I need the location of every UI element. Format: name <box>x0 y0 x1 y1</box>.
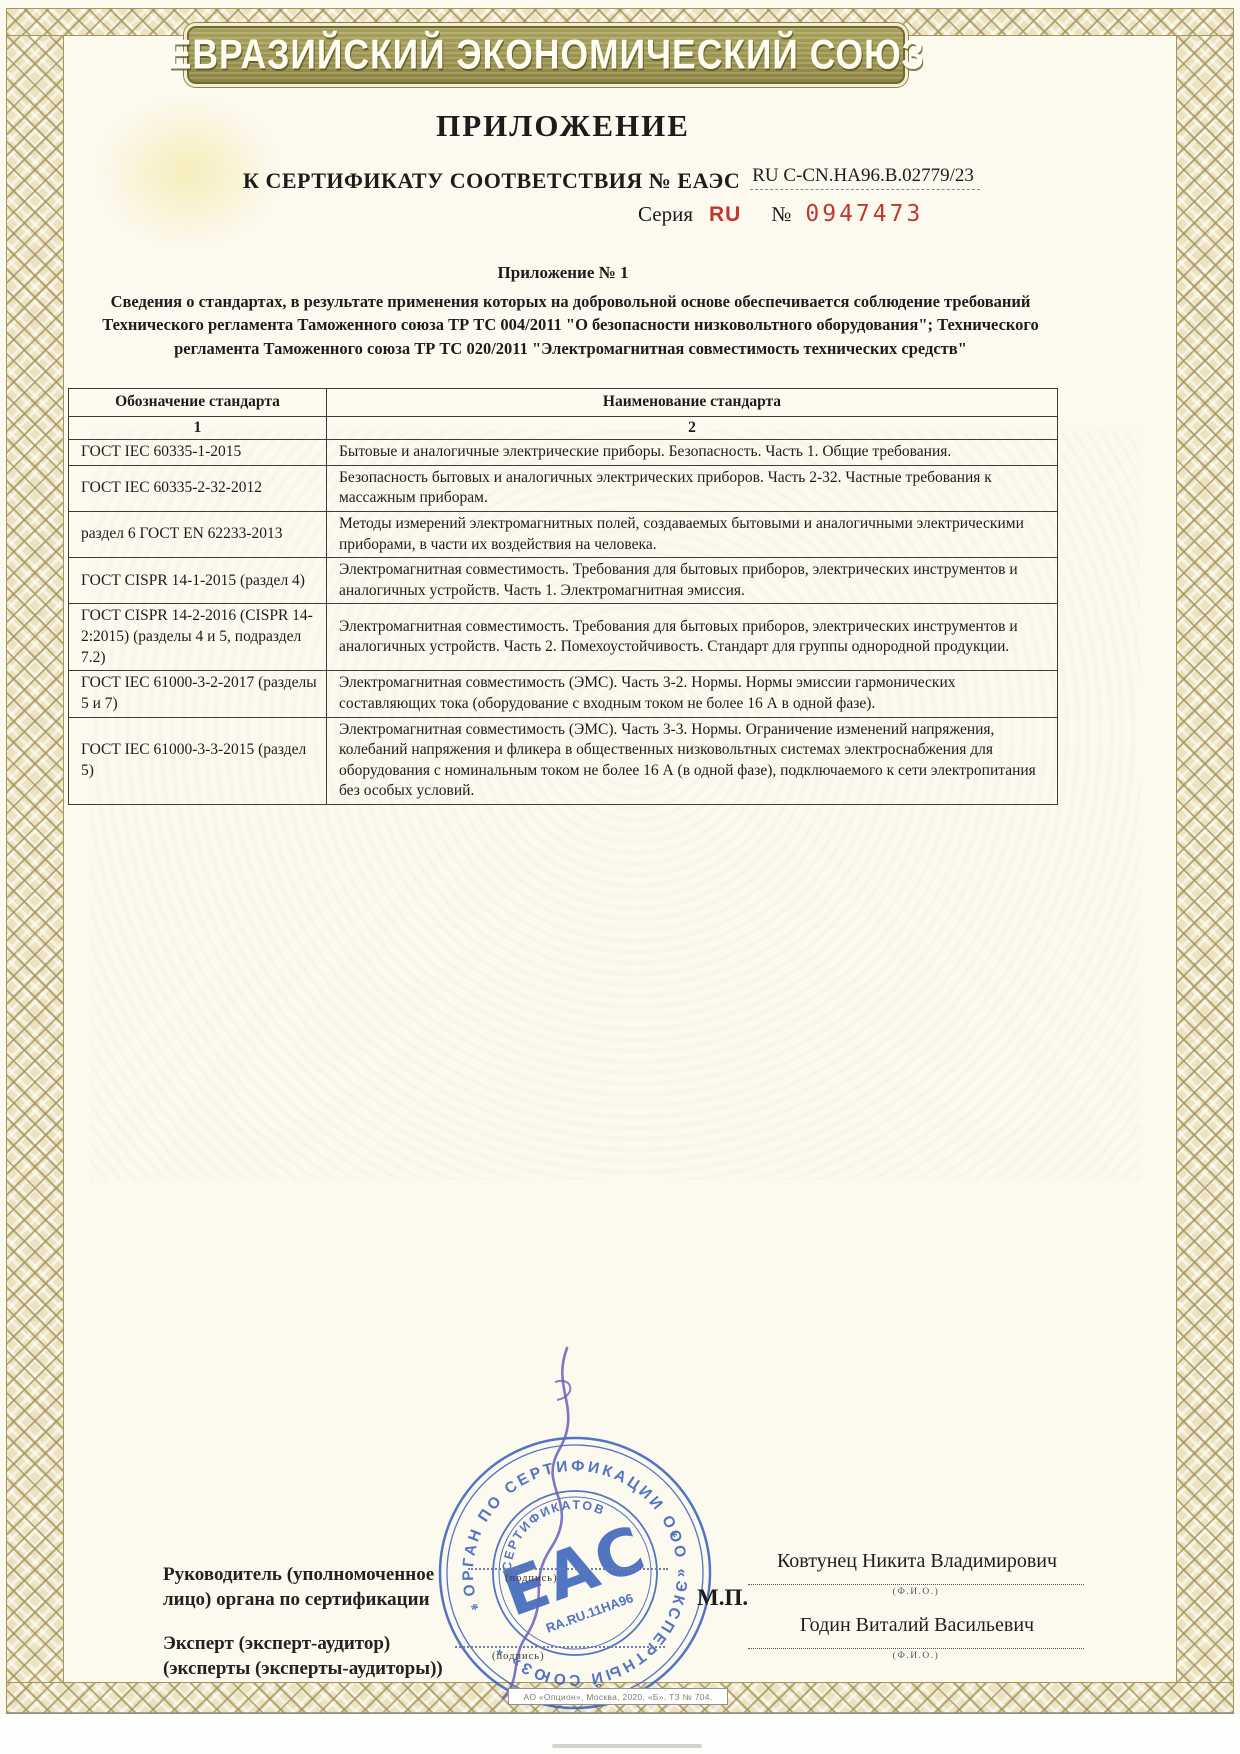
head-signature-label: Руководитель (уполномоченное лицо) орган… <box>163 1563 463 1612</box>
print-info-box: АО «Опцион», Москва, 2020, «Б». ТЗ № 704… <box>508 1688 728 1705</box>
standard-name: Безопасность бытовых и аналогичных элект… <box>327 465 1058 511</box>
standard-designation: ГОСТ IEC 61000-3-2-2017 (разделы 5 и 7) <box>69 671 327 717</box>
col-number-1: 1 <box>69 416 327 440</box>
table-colnum-row: 1 2 <box>69 416 1058 440</box>
expert-signature-label: Эксперт (эксперт-аудитор) (эксперты (экс… <box>163 1632 478 1681</box>
standards-table: Обозначение стандарта Наименование станд… <box>68 388 1058 805</box>
standard-designation: ГОСТ IEC 61000-3-3-2015 (раздел 5) <box>69 717 327 804</box>
number-sign: № <box>771 202 791 226</box>
standard-designation: раздел 6 ГОСТ EN 62233-2013 <box>69 512 327 558</box>
standard-name: Электромагнитная совместимость. Требован… <box>327 604 1058 671</box>
expert-fio-caption: (Ф.И.О.) <box>748 1651 1084 1661</box>
standard-name: Электромагнитная совместимость (ЭМС). Ча… <box>327 717 1058 804</box>
eaeu-banner: ЕВРАЗИЙСКИЙ ЭКОНОМИЧЕСКИЙ СОЮЗ <box>184 23 908 87</box>
certificate-number: RU C-CN.HA96.B.02779/23 <box>750 165 980 190</box>
standard-designation: ГОСТ IEC 60335-2-32-2012 <box>69 465 327 511</box>
border-lattice-right <box>1176 8 1234 1714</box>
series-value: RU <box>709 203 741 226</box>
head-name: Ковтунец Никита Владимирович <box>752 1550 1082 1573</box>
border-lattice-left <box>6 8 64 1714</box>
standard-name: Электромагнитная совместимость. Требован… <box>327 558 1058 604</box>
standards-table-wrap: Обозначение стандарта Наименование станд… <box>68 388 1058 805</box>
table-header-row: Обозначение стандарта Наименование станд… <box>69 389 1058 417</box>
signature-caption-head: (подпись) <box>505 1573 558 1584</box>
certificate-reference: К СЕРТИФИКАТУ СООТВЕТСТВИЯ № ЕАЭСRU C-CN… <box>243 168 980 194</box>
table-row: раздел 6 ГОСТ EN 62233-2013 Методы измер… <box>69 512 1058 558</box>
signature-caption-expert: (подпись) <box>492 1651 545 1662</box>
standard-designation: ГОСТ IEC 60335-1-2015 <box>69 440 327 466</box>
signature-line-expert <box>455 1646 665 1648</box>
standard-name: Методы измерений электромагнитных полей,… <box>327 512 1058 558</box>
page-bottom-margin <box>0 1714 1240 1754</box>
table-row: ГОСТ CISPR 14-1-2015 (раздел 4) Электром… <box>69 558 1058 604</box>
print-info-text: АО «Опцион», Москва, 2020, «Б». ТЗ № 704… <box>524 1692 713 1702</box>
signature-line-head <box>468 1568 668 1570</box>
serial-number: 0947473 <box>805 201 923 227</box>
intro-paragraph: Сведения о стандартах, в результате прим… <box>78 290 1063 360</box>
stamp-place-label: М.П. <box>697 1585 748 1611</box>
table-row: ГОСТ IEC 60335-2-32-2012 Безопасность бы… <box>69 465 1058 511</box>
standard-name: Бытовые и аналогичные электрические приб… <box>327 440 1058 466</box>
standard-designation: ГОСТ CISPR 14-2-2016 (CISPR 14-2:2015) (… <box>69 604 327 671</box>
series-label: Серия <box>638 202 693 226</box>
table-row: ГОСТ IEC 61000-3-3-2015 (раздел 5) Элект… <box>69 717 1058 804</box>
expert-name-line <box>748 1648 1084 1649</box>
head-name-line <box>748 1584 1084 1585</box>
head-fio-caption: (Ф.И.О.) <box>748 1587 1084 1597</box>
standard-name: Электромагнитная совместимость (ЭМС). Ча… <box>327 671 1058 717</box>
table-row: ГОСТ CISPR 14-2-2016 (CISPR 14-2:2015) (… <box>69 604 1058 671</box>
series-row: СерияRU№0947473 <box>638 201 923 227</box>
table-row: ГОСТ IEC 61000-3-2-2017 (разделы 5 и 7) … <box>69 671 1058 717</box>
scan-smudge <box>552 1744 702 1748</box>
handwritten-signature <box>455 1330 635 1710</box>
eaeu-banner-text: ЕВРАЗИЙСКИЙ ЭКОНОМИЧЕСКИЙ СОЮЗ <box>167 31 924 78</box>
col-number-2: 2 <box>327 416 1058 440</box>
table-row: ГОСТ IEC 60335-1-2015 Бытовые и аналогич… <box>69 440 1058 466</box>
certificate-page: ЕВРАЗИЙСКИЙ ЭКОНОМИЧЕСКИЙ СОЮЗ ПРИЛОЖЕНИ… <box>0 0 1240 1754</box>
expert-name: Годин Виталий Васильевич <box>752 1614 1082 1637</box>
col-header-name: Наименование стандарта <box>327 389 1058 417</box>
appendix-heading: Приложение № 1 <box>68 263 1058 283</box>
certificate-reference-label: К СЕРТИФИКАТУ СООТВЕТСТВИЯ № ЕАЭС <box>243 168 740 193</box>
page-title: ПРИЛОЖЕНИЕ <box>68 108 1058 144</box>
standard-designation: ГОСТ CISPR 14-1-2015 (раздел 4) <box>69 558 327 604</box>
col-header-designation: Обозначение стандарта <box>69 389 327 417</box>
